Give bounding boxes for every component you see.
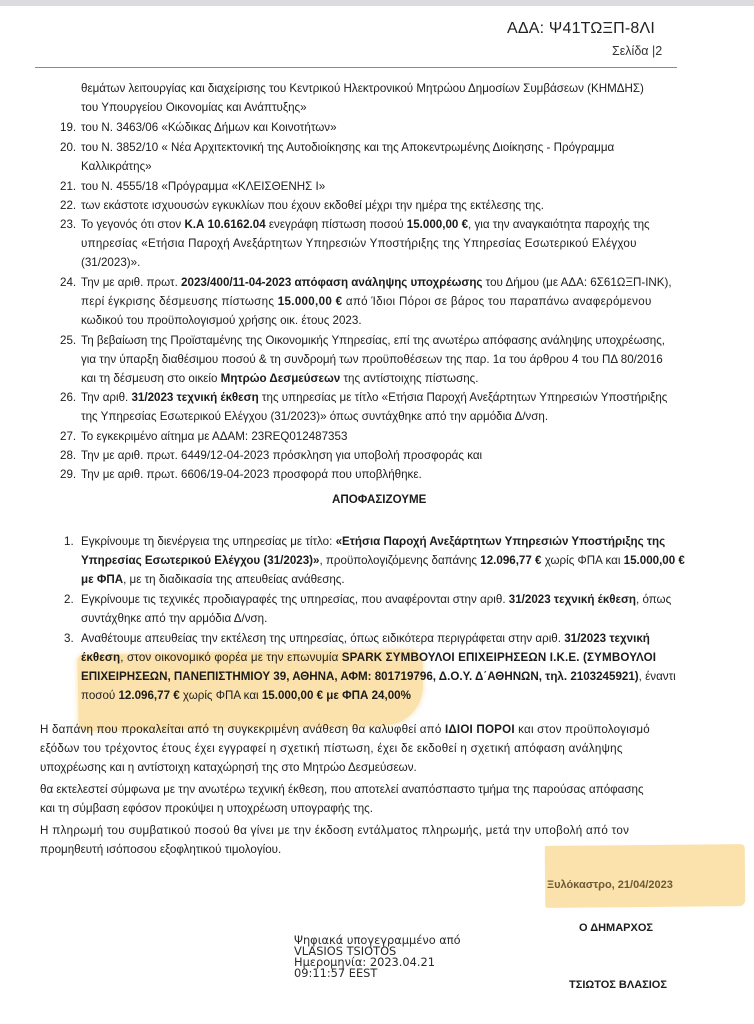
document-ada-code: ΑΔΑ: Ψ41ΤΩΞΠ-8ΛΙ: [507, 20, 655, 38]
item-number: 2.: [64, 591, 74, 608]
text-line: θεμάτων λειτουργίας και διαχείρισης του …: [81, 80, 644, 97]
text: Το γεγονός ότι στον: [81, 218, 184, 231]
service-title: Υπηρεσίας Εσωτερικού Ελέγχου (31/2023)»: [81, 554, 319, 567]
consideration-24-cont: περί έγκρισης δέσμευσης πίστωσης 15.000,…: [81, 293, 652, 310]
paragraph-payment-cont: προμηθευτή ισόποσου εξοφλητικού τιμολογί…: [40, 841, 281, 858]
text: ενεγράφη πίστωση ποσού: [266, 218, 407, 231]
text: και στον προϋπολογισμό: [515, 723, 650, 736]
text: , έναντι: [639, 670, 676, 683]
text: ποσού: [81, 689, 118, 702]
decision-3-cont: ποσού 12.096,77 € χωρίς ΦΠΑ και 15.000,0…: [81, 687, 411, 704]
amount-net: 12.096,77 €: [480, 554, 541, 567]
text: χωρίς ΦΠΑ και: [542, 554, 624, 567]
paragraph-payment: Η πληρωμή του συμβατικού ποσού θα γίνει …: [40, 822, 629, 839]
registry-name: Μητρώο Δεσμεύσεων: [221, 372, 341, 385]
highlight-date: [545, 844, 746, 908]
text: , προϋπολογιζόμενης δαπάνης: [319, 554, 480, 567]
decision-2: Εγκρίνουμε τις τεχνικές προδιαγραφές της…: [81, 591, 671, 608]
place-date: Ξυλόκαστρο, 21/04/2023: [547, 877, 673, 894]
decision-1: Εγκρίνουμε τη διενέργεια της υπηρεσίας μ…: [81, 533, 665, 550]
budget-code: Κ.Α 10.6162.04: [184, 218, 265, 231]
paragraph-execution: θα εκτελεστεί σύμφωνα με την ανωτέρω τεχ…: [40, 781, 644, 798]
consideration-29: Την με αριθ. πρωτ. 6606/19-04-2023 προσφ…: [81, 466, 422, 483]
text-line: του Υπουργείου Οικονομίας και Ανάπτυξης»: [81, 99, 307, 116]
decision-3: Αναθέτουμε απευθείας την εκτέλεση της υπ…: [81, 630, 650, 647]
text: Αναθέτουμε απευθείας την εκτέλεση της υπ…: [81, 632, 564, 645]
paragraph-funding-cont: υποχρέωσης και η αντίστοιχη καταχώρησή τ…: [40, 759, 417, 776]
amount: 15.000,00 €: [278, 295, 343, 308]
technical-report-ref: 31/2023 τεχνική έκθεση: [509, 593, 636, 606]
amount-gross: 15.000,00 € με ΦΠΑ 24,00%: [262, 689, 411, 702]
contractor-name: SPARK ΣΥΜΒΟΥΛΟΙ ΕΠΙΧΕΙΡΗΣΕΩΝ Ι.Κ.Ε. (ΣΥΜ…: [342, 651, 656, 664]
digital-signature-time: 09:11:57 EEST: [294, 968, 461, 979]
text: , στον οικονομικό φορέα με την επωνυμία: [120, 651, 342, 664]
text: Εγκρίνουμε τις τεχνικές προδιαγραφές της…: [81, 593, 509, 606]
consideration-20-cont: Καλλικράτης»: [81, 158, 152, 175]
text: χωρίς ΦΠΑ και: [180, 689, 262, 702]
technical-report-ref: 31/2023 τεχνική: [564, 632, 650, 645]
consideration-28: Την με αριθ. πρωτ. 6449/12-04-2023 πρόσκ…: [81, 447, 482, 464]
header-divider: [35, 67, 677, 68]
consideration-25: Τη βεβαίωση της Προϊσταμένης της Οικονομ…: [81, 332, 665, 349]
consideration-20: του Ν. 3852/10 « Νέα Αρχιτεκτονική της Α…: [81, 139, 614, 156]
digital-signature-block: Ψηφιακά υπογεγραμμένο από VLASIOS TSIOTO…: [294, 935, 461, 979]
signatory-name: ΤΣΙΩΤΟΣ ΒΛΑΣΙΟΣ: [569, 977, 667, 994]
consideration-26-cont: της Υπηρεσίας Εσωτερικού Ελέγχου (31/202…: [81, 408, 548, 425]
page-number: Σελίδα |2: [612, 44, 662, 58]
decision-1-cont: με ΦΠΑ, με τη διαδικασία της απευθείας α…: [81, 571, 345, 588]
item-number: 27.: [60, 428, 76, 445]
text: Την αριθ.: [81, 391, 131, 404]
item-number: 28.: [60, 447, 76, 464]
funding-source: ΙΔΙΟΙ ΠΟΡΟΙ: [445, 723, 515, 736]
text: Η δαπάνη που προκαλείται από τη συγκεκρι…: [40, 723, 445, 736]
text: Εγκρίνουμε τη διενέργεια της υπηρεσίας μ…: [81, 535, 336, 548]
consideration-23-cont: υπηρεσίας «Ετήσια Παροχή Ανεξάρτητων Υπη…: [81, 235, 637, 252]
item-number: 19.: [60, 119, 76, 136]
consideration-23-cont: (31/2023)».: [81, 254, 140, 271]
paragraph-funding: Η δαπάνη που προκαλείται από τη συγκεκρι…: [40, 721, 650, 738]
text: , όπως: [636, 593, 671, 606]
consideration-19: του Ν. 3463/06 «Κώδικας Δήμων και Κοινοτ…: [81, 119, 337, 136]
contractor-details: ΕΠΙΧΕΙΡΗΣΕΩΝ, ΠΑΝΕΠΙΣΤΗΜΙΟΥ 39, ΑΘΗΝΑ, Α…: [81, 670, 639, 683]
amount-net: 12.096,77 €: [118, 689, 179, 702]
consideration-22: των εκάστοτε ισχυουσών εγκυκλίων που έχο…: [81, 197, 544, 214]
decision-1-cont: Υπηρεσίας Εσωτερικού Ελέγχου (31/2023)»,…: [81, 552, 685, 569]
paragraph-funding-cont: εξόδων του τρέχοντος έτους έχει εγγραφεί…: [40, 740, 623, 757]
item-number: 23.: [60, 216, 76, 233]
decision-2-cont: συντάχθηκε από την αρμόδια Δ/νση.: [81, 610, 267, 627]
amount: 15.000,00 €: [407, 218, 468, 231]
signatory-role: Ο ΔΗΜΑΡΧΟΣ: [579, 920, 653, 937]
item-number: 24.: [60, 274, 76, 291]
decision-3-cont: ΕΠΙΧΕΙΡΗΣΕΩΝ, ΠΑΝΕΠΙΣΤΗΜΙΟΥ 39, ΑΘΗΝΑ, Α…: [81, 668, 676, 685]
decision-heading: ΑΠΟΦΑΣΙΖΟΥΜΕ: [332, 491, 426, 508]
text: της υπηρεσίας με τίτλο «Ετήσια Παροχή Αν…: [259, 391, 668, 404]
item-number: 22.: [60, 197, 76, 214]
consideration-27: Το εγκεκριμένο αίτημα με ΑΔΑΜ: 23REQ0124…: [81, 428, 347, 445]
paragraph-execution-cont: και τη σύμβαση εφόσον προκύψει η υποχρέω…: [40, 800, 373, 817]
text: περί έγκρισης δέσμευσης πίστωσης: [81, 295, 278, 308]
text: και τη δέσμευση στο οικείο: [81, 372, 221, 385]
service-title: «Ετήσια Παροχή Ανεξάρτητων Υπηρεσιών Υπο…: [336, 535, 666, 548]
text: του Δήμου (με ΑΔΑ: 6Σ61ΩΞΠ-ΙΝΚ),: [482, 276, 671, 289]
consideration-24: Την με αριθ. πρωτ. 2023/400/11-04-2023 α…: [81, 274, 672, 291]
text: , για την αναγκαιότητα παροχής της: [468, 218, 650, 231]
decision-ref: 2023/400/11-04-2023 απόφαση ανάληψης υπο…: [181, 276, 482, 289]
text: της αντίστοιχης πίστωσης.: [340, 372, 478, 385]
consideration-25-cont: και τη δέσμευση στο οικείο Μητρώο Δεσμεύ…: [81, 370, 478, 387]
text: Την με αριθ. πρωτ.: [81, 276, 181, 289]
consideration-23: Το γεγονός ότι στον Κ.Α 10.6162.04 ενεγρ…: [81, 216, 650, 233]
technical-report-ref: 31/2023 τεχνική έκθεση: [131, 391, 258, 404]
consideration-24-cont: κωδικού του προϋπολογισμού χρήσης οικ. έ…: [81, 312, 362, 329]
item-number: 25.: [60, 332, 76, 349]
item-number: 20.: [60, 139, 76, 156]
text: με ΦΠΑ: [81, 573, 123, 586]
item-number: 29.: [60, 466, 76, 483]
item-number: 3.: [64, 630, 74, 647]
consideration-25-cont: για την ύπαρξη διαθέσιμου ποσού & τη συν…: [81, 351, 663, 368]
item-number: 26.: [60, 389, 76, 406]
amount-gross: 15.000,00 €: [624, 554, 685, 567]
text: , με τη διαδικασία της απευθείας ανάθεση…: [123, 573, 345, 586]
decision-3-cont: έκθεση, στον οικονομικό φορέα με την επω…: [81, 649, 656, 666]
item-number: 1.: [64, 533, 74, 550]
consideration-26: Την αριθ. 31/2023 τεχνική έκθεση της υπη…: [81, 389, 667, 406]
text: έκθεση: [81, 651, 120, 664]
consideration-21: του Ν. 4555/18 «Πρόγραμμα «ΚΛΕΙΣΘΕΝΗΣ Ι»: [81, 178, 325, 195]
text: από Ίδιοι Πόροι σε βάρος του παραπάνω αν…: [342, 295, 651, 308]
item-number: 21.: [60, 178, 76, 195]
top-toolbar-strip: [0, 0, 754, 6]
